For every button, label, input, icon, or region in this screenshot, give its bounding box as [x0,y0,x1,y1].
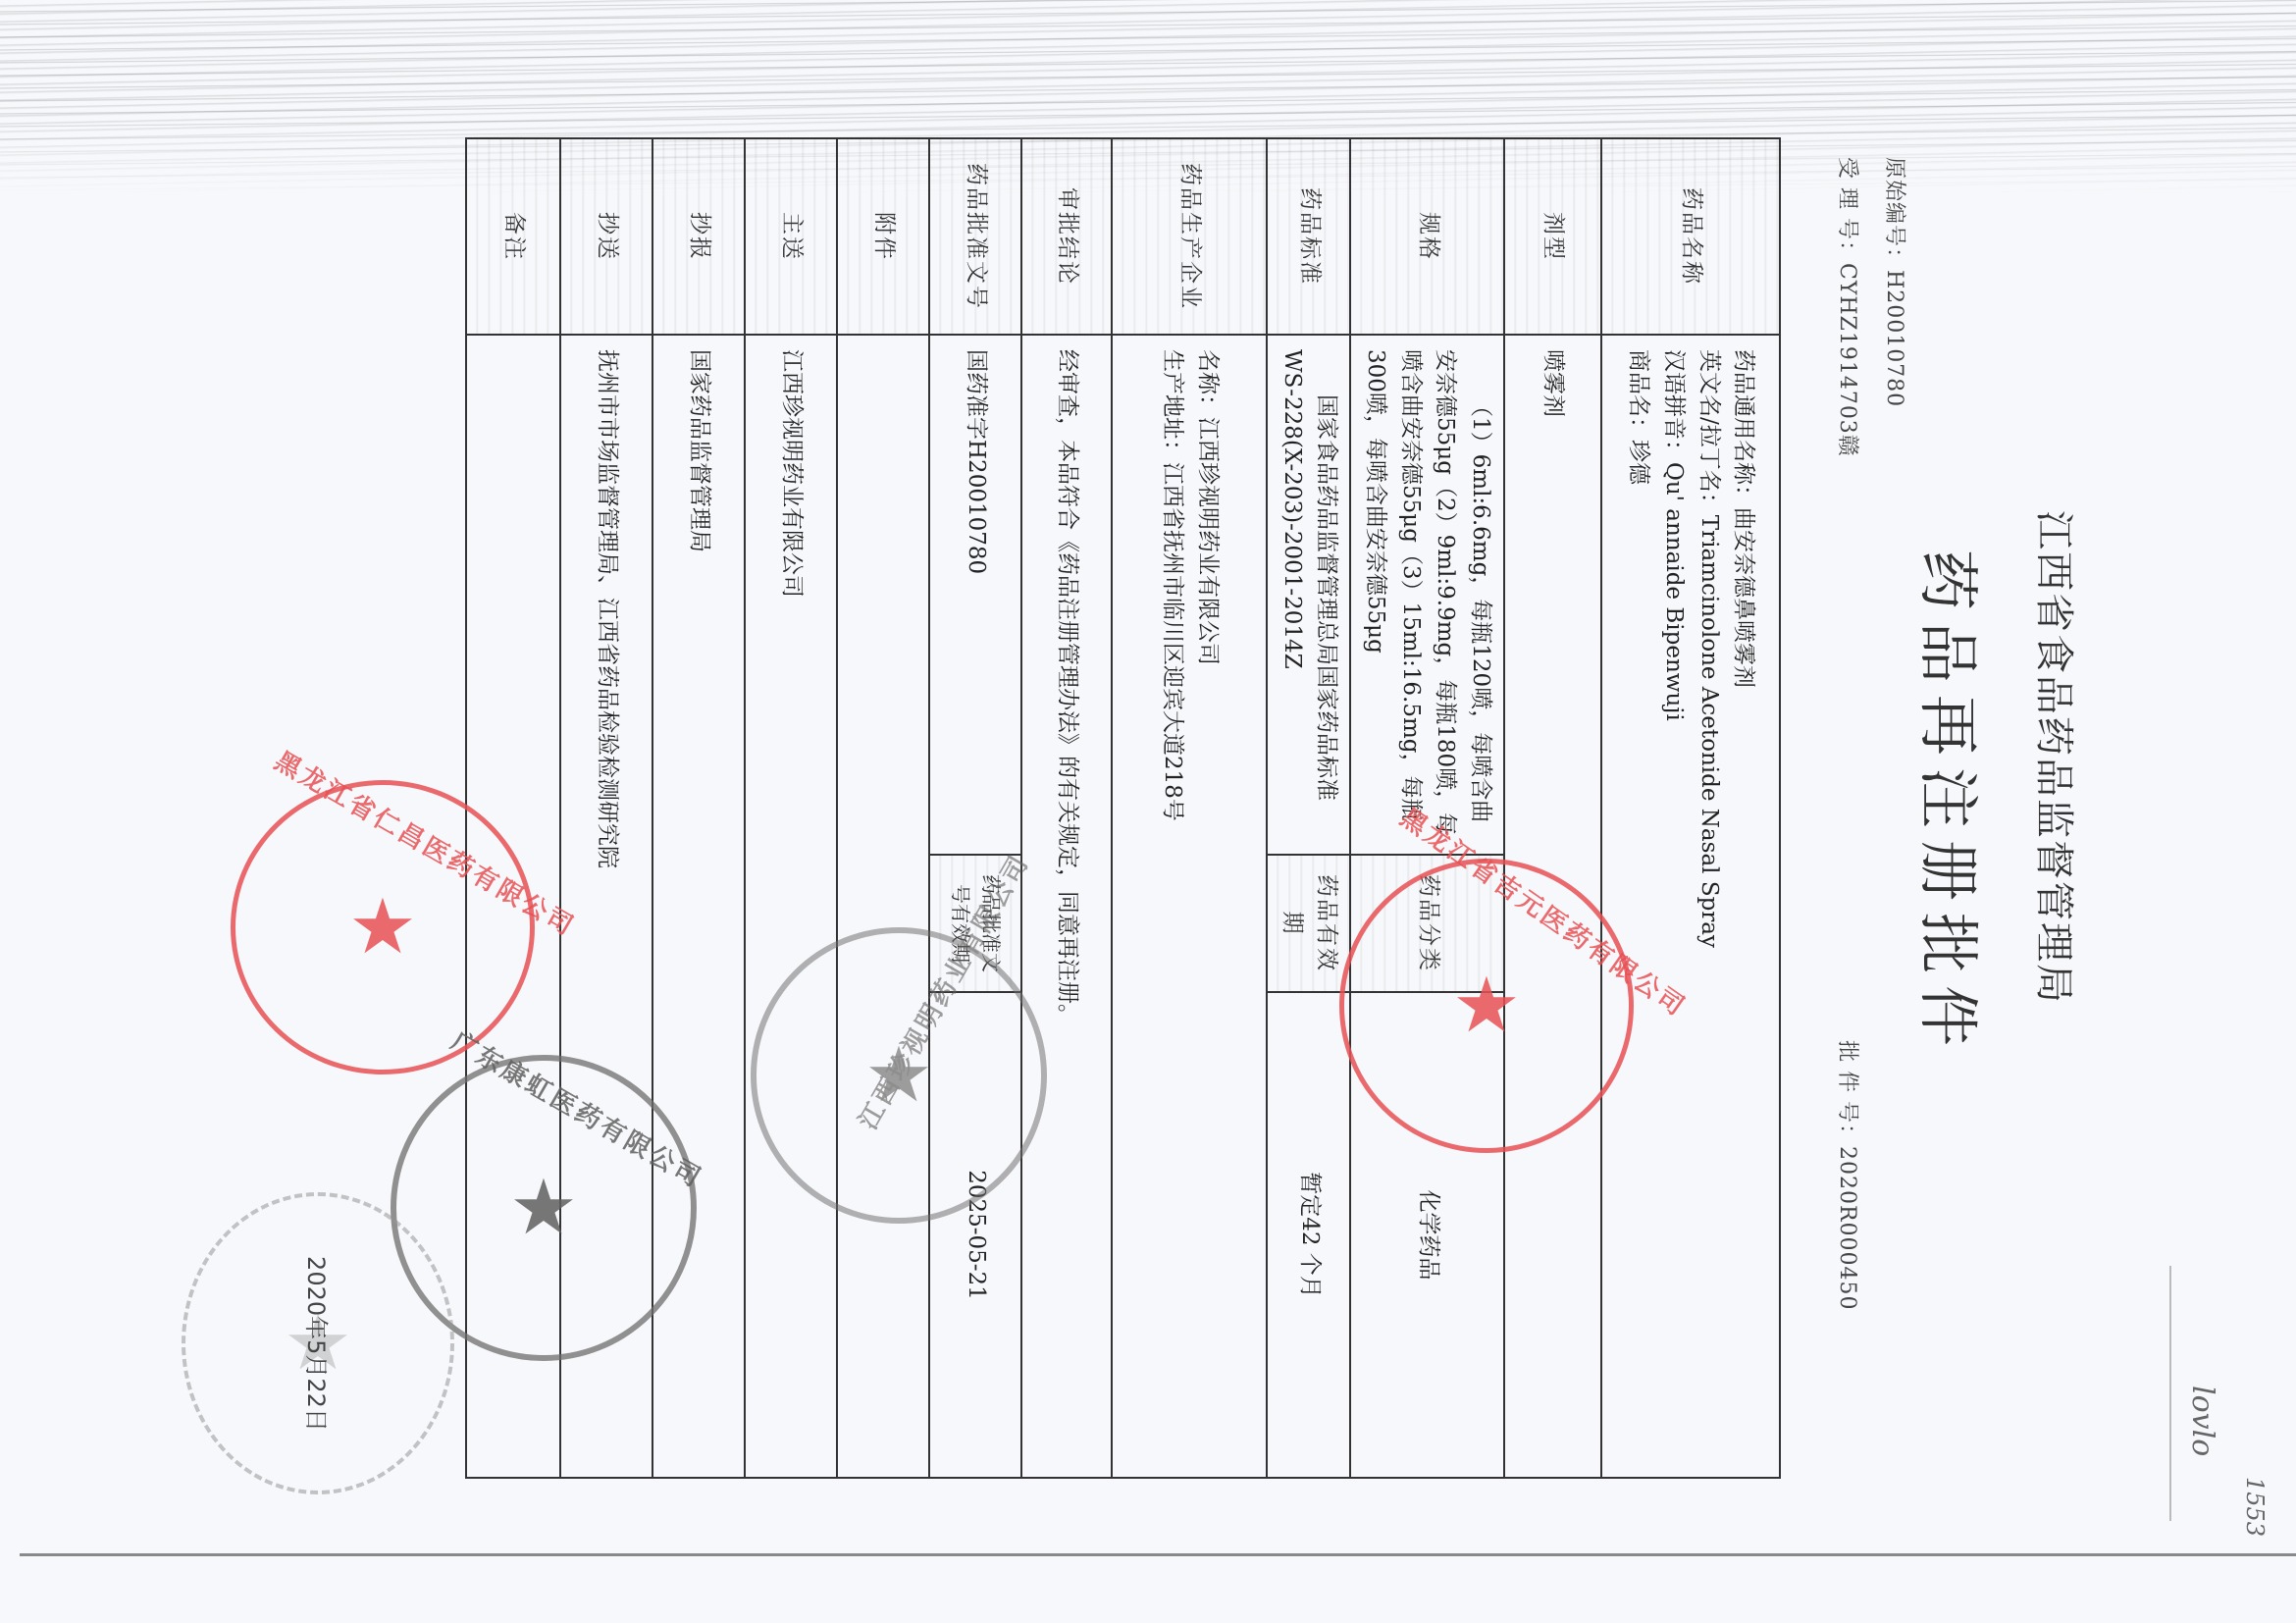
send-to-value: 江西珍视明药业有限公司 [745,335,837,1478]
original-number-label: 原始编号： [1882,157,1906,270]
manufacturer-cell: 名称：江西珍视明药业有限公司 生产地址：江西省抚州市临川区迎宾大道218号 [1112,335,1267,1478]
manufacturer-label: 药品生产企业 [1112,138,1267,335]
remarks-label: 备注 [466,138,560,335]
document-title: 药品再注册批件 [1909,550,1997,1058]
table-row-approval-number: 药品批准文号 国药准字H20010780 药品批准文号有效期 2025-05-2… [929,138,1021,1478]
generic-name: 药品通用名称：曲安奈德鼻喷雾剂 [1726,349,1761,1463]
original-number-value: H20010780 [1882,270,1906,407]
star-icon: ★ [1452,968,1521,1044]
table-row-drug-name: 药品名称 药品通用名称：曲安奈德鼻喷雾剂 英文名/拉丁名：Triamcinolo… [1601,138,1780,1478]
conclusion-value: 经审查，本品符合《药品注册管理办法》的有关规定，同意再注册。 [1021,335,1112,1478]
approval-document-number-label: 批 件 号： [1835,1040,1859,1146]
english-name: 英文名/拉丁名：Triamcinolone Acetonide Nasal Sp… [1691,349,1726,1463]
red-stamp-jiyuan: ★ 黑龙江省吉元医药有限公司 [1339,859,1634,1153]
send-to-label: 主送 [745,138,837,335]
original-number: 原始编号：H20010780 [1881,157,1911,407]
light-stamp-dated: ★ 2020年5月22日 [182,1192,454,1494]
star-icon: ★ [509,1170,578,1246]
table-row-attachment: 附件 [837,138,929,1478]
report-to-value: 国家药品监督管理局 [652,335,745,1478]
red-stamp-renchang: ★ 黑龙江省仁昌医药有限公司 [231,780,535,1074]
acceptance-number-value: CYHZ1914703赣 [1835,263,1859,457]
approval-number-value: 国药准字H20010780 [929,335,1021,855]
table-row-standard: 药品标准 国家食品药品监督管理总局国家药品标准WS-228(X-203)-200… [1267,138,1350,1478]
drug-name-cell: 药品通用名称：曲安奈德鼻喷雾剂 英文名/拉丁名：Triamcinolone Ac… [1601,335,1780,1478]
stamp-date: 2020年5月22日 [300,1256,335,1432]
table-row-dosage-form: 剂型 喷雾剂 [1504,138,1601,1478]
report-to-label: 抄报 [652,138,745,335]
table-row-conclusion: 审批结论 经审查，本品符合《药品注册管理办法》的有关规定，同意再注册。 [1021,138,1112,1478]
drug-name-label: 药品名称 [1601,138,1780,335]
table-row-send-to: 主送 江西珍视明药业有限公司 [745,138,837,1478]
copy-to-label: 抄送 [560,138,652,335]
attachment-value [837,335,929,1478]
specification-label: 规格 [1350,138,1504,335]
standard-label: 药品标准 [1267,138,1350,335]
handwritten-note: lovlo [2185,1386,2219,1456]
gray-stamp-zhenshiming: ★ 江西珍视明药业有限公司 [751,927,1047,1224]
acceptance-number: 受 理 号：CYHZ1914703赣 [1834,157,1864,457]
manufacturer-address: 生产地址：江西省抚州市临川区迎宾大道218号 [1155,349,1190,1463]
approval-document-number-value: 2020R000450 [1835,1146,1859,1311]
approval-number-label: 药品批准文号 [929,138,1021,335]
dosage-form-label: 剂型 [1504,138,1601,335]
star-icon: ★ [348,889,417,966]
pinyin-name: 汉语拼音：Qu' annaide Bipenwuji [1655,349,1691,1463]
acceptance-number-label: 受 理 号： [1835,157,1859,263]
manufacturer-name: 名称：江西珍视明药业有限公司 [1189,349,1225,1463]
specification-value: （1）6ml:6.6mg，每瓶120喷，每喷含曲安奈德55μg（2）9ml:9.… [1350,335,1504,855]
shelf-life-value: 暂定42 个月 [1267,992,1350,1478]
shelf-life-label: 药品有效期 [1267,855,1350,992]
table-row-manufacturer: 药品生产企业 名称：江西珍视明药业有限公司 生产地址：江西省抚州市临川区迎宾大道… [1112,138,1267,1478]
issuing-agency: 江西省食品药品监督管理局 [2029,510,2085,1005]
attachment-label: 附件 [837,138,929,335]
conclusion-label: 审批结论 [1021,138,1112,335]
standard-value: 国家食品药品监督管理总局国家药品标准WS-228(X-203)-2001-201… [1267,335,1350,855]
handwritten-page-number: 1553 [2241,1477,2269,1537]
trade-name: 商品名：珍德 [1621,349,1656,1463]
approval-document-number: 批 件 号：2020R000450 [1834,1040,1864,1311]
